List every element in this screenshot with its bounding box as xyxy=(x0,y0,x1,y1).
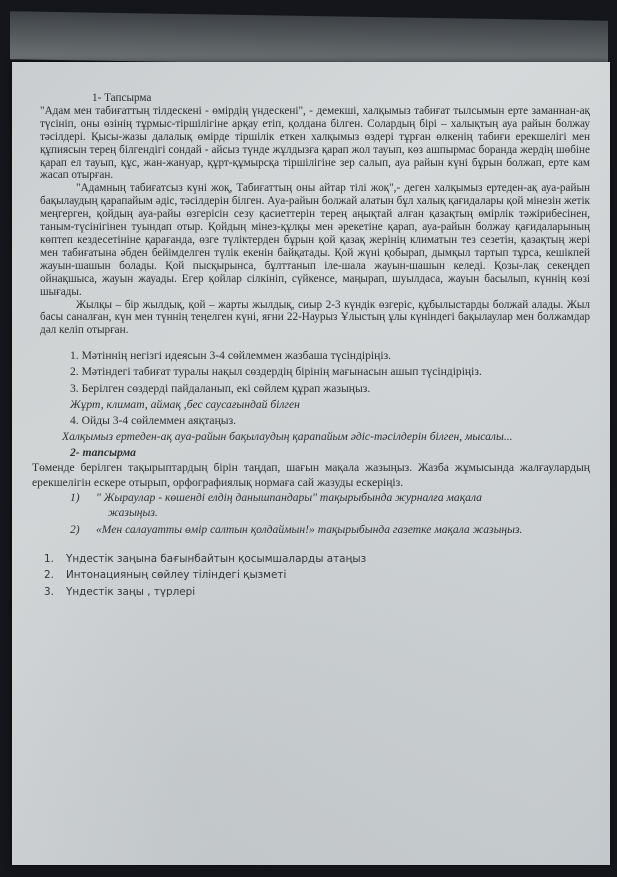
word-list: Жұрт, климат, аймақ ,бес саусағындай біл… xyxy=(70,397,590,413)
grammar-questions: 1.Үндестік заңына бағынбайтын қосымшалар… xyxy=(28,551,590,600)
document-page: 1- Тапсырма "Адам мен табиғаттың тілдеск… xyxy=(12,62,610,865)
question-item: 4. Ойды 3-4 сөйлеммен аяқтаңыз. xyxy=(70,413,590,429)
topic-item: 2)«Мен салауатты өмір салтын қолдаймын!»… xyxy=(40,522,590,537)
task1-paragraph: Жылқы – бір жылдық, қой – жарты жылдық, … xyxy=(40,299,590,338)
topic-text-continued: жазыңыз. xyxy=(70,505,590,520)
item-number: 2. xyxy=(44,567,66,583)
grammar-question-item: 2.Интонацияның сөйлеу тіліндегі қызметі xyxy=(28,567,590,583)
task1-paragraph: "Адам мен табиғаттың тілдескені - өмірді… xyxy=(40,105,590,182)
question-item: 3. Берілген сөздерді пайдаланып, екі сөй… xyxy=(70,381,590,397)
photo-top-shadow xyxy=(10,11,608,68)
question-item: 2. Мәтіндегі табиғат туралы нақыл сөздер… xyxy=(70,364,590,380)
topic-text: " Жыраулар - көшенді елдің данышпандары"… xyxy=(96,491,482,504)
task1-paragraph: "Адамның табиғатсыз күні жоқ, Табиғаттың… xyxy=(40,182,590,298)
task2-heading: 2- тапсырма xyxy=(40,447,590,460)
grammar-question-item: 3.Үндестік заңы , түрлері xyxy=(28,584,590,600)
task1-questions: 1. Мәтіннің негізгі идеясын 3-4 сөйлемме… xyxy=(40,348,590,429)
item-number: 3. xyxy=(44,584,66,600)
question-item: 1. Мәтіннің негізгі идеясын 3-4 сөйлемме… xyxy=(70,348,590,364)
task1-heading: 1- Тапсырма xyxy=(40,92,590,105)
topic-number: 1) xyxy=(70,490,96,505)
item-number: 1. xyxy=(44,551,66,567)
topic-number: 2) xyxy=(70,522,96,537)
item-text: Үндестік заңына бағынбайтын қосымшаларды… xyxy=(66,553,366,565)
item-text: Интонацияның сөйлеу тіліндегі қызметі xyxy=(66,569,286,581)
grammar-question-item: 1.Үндестік заңына бағынбайтын қосымшалар… xyxy=(28,551,590,567)
completion-prompt: Халқымыз ертеден-ақ ауа-райын бақылаудың… xyxy=(32,429,590,445)
task2-instruction: Төменде берілген тақырыптардың бірін таң… xyxy=(32,460,590,490)
topic-item: 1)" Жыраулар - көшенді елдің данышпандар… xyxy=(40,490,590,520)
document-content: 1- Тапсырма "Адам мен табиғаттың тілдеск… xyxy=(40,92,590,600)
topic-text: «Мен салауатты өмір салтын қолдаймын!» т… xyxy=(96,523,522,536)
item-text: Үндестік заңы , түрлері xyxy=(66,586,195,598)
